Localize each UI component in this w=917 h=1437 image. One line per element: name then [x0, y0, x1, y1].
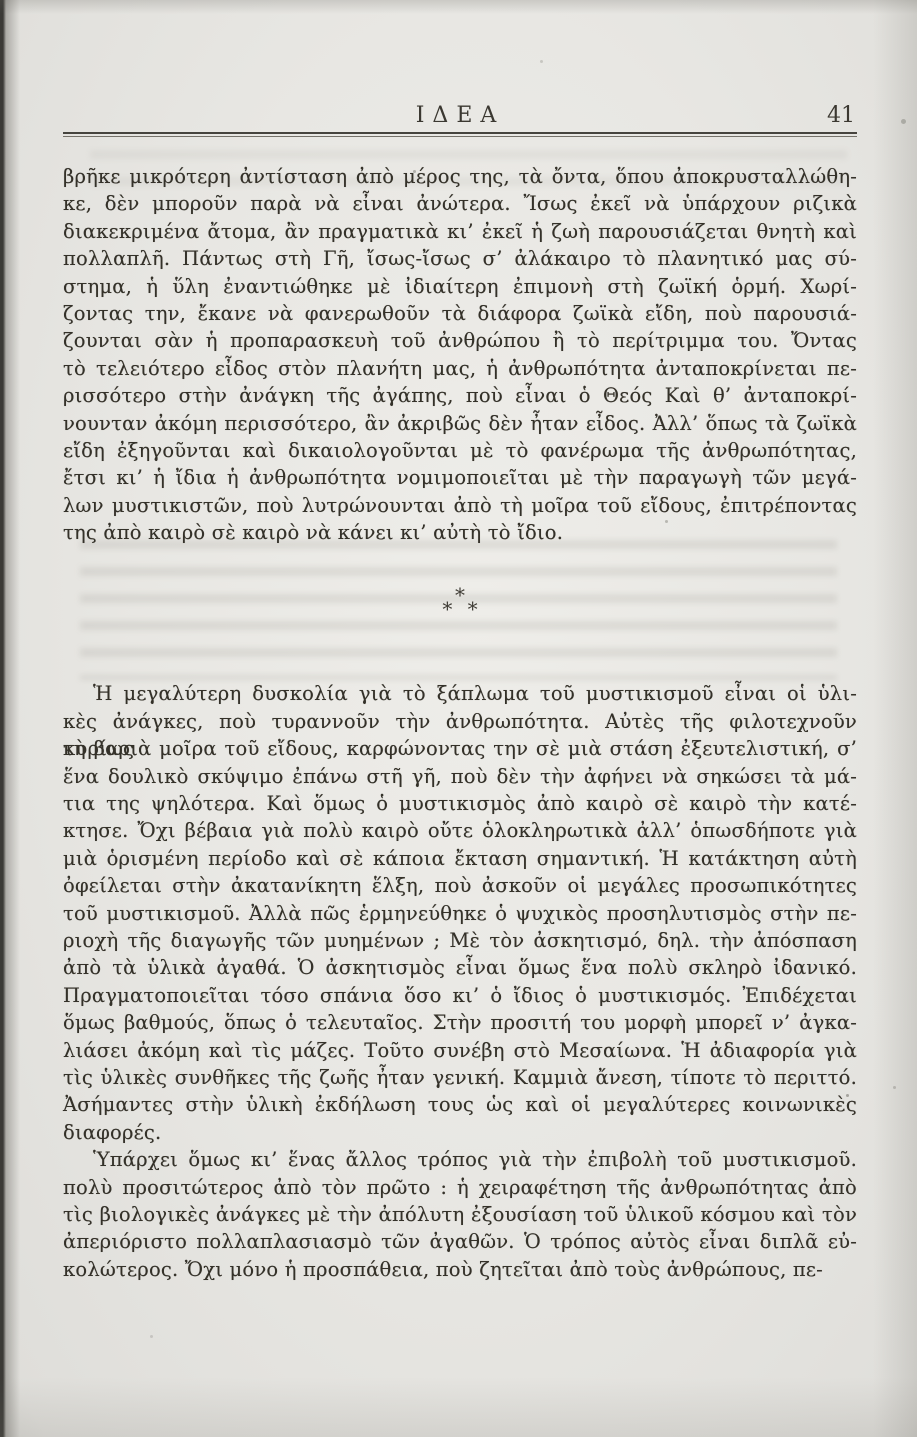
text-line: λων μυστικιστῶν, ποὺ λυτρώνουνται ἀπὸ τὴ…	[63, 492, 857, 519]
text-line: διαφορές.	[63, 1119, 857, 1146]
text-line: Ὑπάρχει ὅμως κι’ ἕνας ἄλλος τρόπος γιὰ τ…	[63, 1146, 857, 1173]
text-line: ζουνται σὰν ἡ προπαρασκευὴ τοῦ ἀνθρώπου …	[63, 327, 857, 354]
scan-edge-bottom	[0, 1377, 917, 1437]
text-section-2: Ἡ μεγαλύτερη δυσκολία γιὰ τὸ ξάπλωμα τοῦ…	[63, 680, 857, 1283]
text-line: Πραγματοποιεῖται τόσο σπάνια ὅσο κι’ ὁ ἴ…	[63, 982, 857, 1009]
text-line: τὸ τελειότερο εἶδος στὸν πλανήτη μας, ἡ …	[63, 355, 857, 382]
page-title: ΙΔΕΑ	[63, 103, 857, 129]
text-line: ριοχὴ τῆς διαγωγῆς τῶν μυημένων ; Μὲ τὸν…	[63, 927, 857, 954]
text-line: ὅμως βαθμούς, ὅπως ὁ τελευταῖος. Στὴν πρ…	[63, 1009, 857, 1036]
asterisk-bottom: * *	[63, 602, 857, 616]
text-line: λιάσει ἀκόμη καὶ τὶς μάζες. Τοῦτο συνέβη…	[63, 1037, 857, 1064]
scan-noise-specks	[0, 0, 3, 3]
page-body: ΙΔΕΑ 41 βρῆκε μικρότερη ἀντίσταση ἀπὸ μέ…	[63, 103, 857, 1283]
scan-edge-left	[0, 0, 20, 1437]
text-line: στημα, ἡ ὕλη ἐναντιώθηκε μὲ ἰδιαίτερη ἐπ…	[63, 273, 857, 300]
text-line: κολώτερος. Ὄχι μόνο ἡ προσπάθεια, ποὺ ζη…	[63, 1256, 857, 1283]
page-number: 41	[827, 103, 855, 129]
text-line: κὲς ἀνάγκες, ποὺ τυραννοῦν τὴν ἀνθρωπότη…	[63, 708, 857, 735]
scanned-book-page: ΙΔΕΑ 41 βρῆκε μικρότερη ἀντίσταση ἀπὸ μέ…	[0, 0, 917, 1437]
text-line: ἕνα δουλικὸ σκύψιμο ἐπάνω στῆ γῆ, ποὺ δὲ…	[63, 763, 857, 790]
text-line: μιὰ ὁρισμένη περίοδο καὶ σὲ κάποια ἔκτασ…	[63, 845, 857, 872]
text-line: ἔτσι κι’ ἡ ἴδια ἡ ἀνθρωπότητα νομιμοποιε…	[63, 464, 857, 491]
scan-edge-top	[0, 0, 917, 14]
text-line: ἀπεριόριστο πολλαπλασιασμὸ τῶν ἀγαθῶν. Ὁ…	[63, 1228, 857, 1255]
text-line: τια της ψηλότερα. Καὶ ὅμως ὁ μυστικισμὸς…	[63, 790, 857, 817]
text-line: ρισσότερο στὴν ἀνάγκη τῆς ἀγάπης, ποὺ εἶ…	[63, 382, 857, 409]
text-line: πολὺ προσιτώτερος ἀπὸ τὸν πρῶτο : ἡ χειρ…	[63, 1174, 857, 1201]
header-rule	[63, 132, 857, 137]
text-line: τὶς βιολογικὲς ἀνάγκες μὲ τὴν ἀπόλυτη ἐξ…	[63, 1201, 857, 1228]
text-line: Ἡ μεγαλύτερη δυσκολία γιὰ τὸ ξάπλωμα τοῦ…	[63, 680, 857, 707]
text-line: τὶς ὑλικὲς συνθῆκες τῆς ζωῆς ἦταν γενική…	[63, 1064, 857, 1091]
text-line: ὀφείλεται στὴν ἀκατανίκητη ἕλξη, ποὺ ἀσκ…	[63, 872, 857, 899]
text-line: διακεκριμένα ἄτομα, ἂν πραγματικὰ κι’ ἐκ…	[63, 218, 857, 245]
text-line: ζοντας την, ἔκανε νὰ φανερωθοῦν τὰ διάφο…	[63, 300, 857, 327]
text-line: κε, δὲν μποροῦν παρὰ νὰ εἶναι ἀνώτερα. Ἴ…	[63, 190, 857, 217]
text-section-1: βρῆκε μικρότερη ἀντίσταση ἀπὸ μέρος της,…	[63, 163, 857, 546]
text-line: της ἀπὸ καιρὸ σὲ καιρὸ νὰ κάνει κι’ αὐτὴ…	[63, 519, 857, 546]
text-line: Ἀσήμαντες στὴν ὑλικὴ ἐκδήλωση τους ὡς κα…	[63, 1091, 857, 1118]
text-line: βρῆκε μικρότερη ἀντίσταση ἀπὸ μέρος της,…	[63, 163, 857, 190]
scan-edge-right	[873, 0, 917, 1437]
text-line: νουνταν ἀκόμη περισσότερο, ἂν ἀκριβῶς δὲ…	[63, 410, 857, 437]
paragraph: βρῆκε μικρότερη ἀντίσταση ἀπὸ μέρος της,…	[63, 163, 857, 546]
text-line: ἀπὸ τὰ ὑλικὰ ἀγαθά. Ὁ ἀσκητισμὸς εἶναι ὅ…	[63, 954, 857, 981]
paragraph: Ὑπάρχει ὅμως κι’ ἕνας ἄλλος τρόπος γιὰ τ…	[63, 1146, 857, 1283]
running-head: ΙΔΕΑ 41	[63, 103, 857, 129]
text-line: τοῦ μυστικισμοῦ. Ἀλλὰ πῶς ἑρμηνεύθηκε ὁ …	[63, 900, 857, 927]
text-line: κτησε. Ὄχι βέβαια γιὰ πολὺ καιρὸ οὔτε ὁλ…	[63, 817, 857, 844]
paragraph: Ἡ μεγαλύτερη δυσκολία γιὰ τὸ ξάπλωμα τοῦ…	[63, 680, 857, 1146]
text-line: εἴδη ἐξηγοῦνται καὶ δικαιολογοῦνται μὲ τ…	[63, 437, 857, 464]
asterisk-separator: * * *	[63, 588, 857, 616]
text-line: τὴ βαριὰ μοῖρα τοῦ εἴδους, καρφώνοντας τ…	[63, 735, 857, 762]
text-line: πολλαπλῆ. Πάντως στὴ Γῆ, ἴσως-ἴσως σ’ ἀλ…	[63, 245, 857, 272]
